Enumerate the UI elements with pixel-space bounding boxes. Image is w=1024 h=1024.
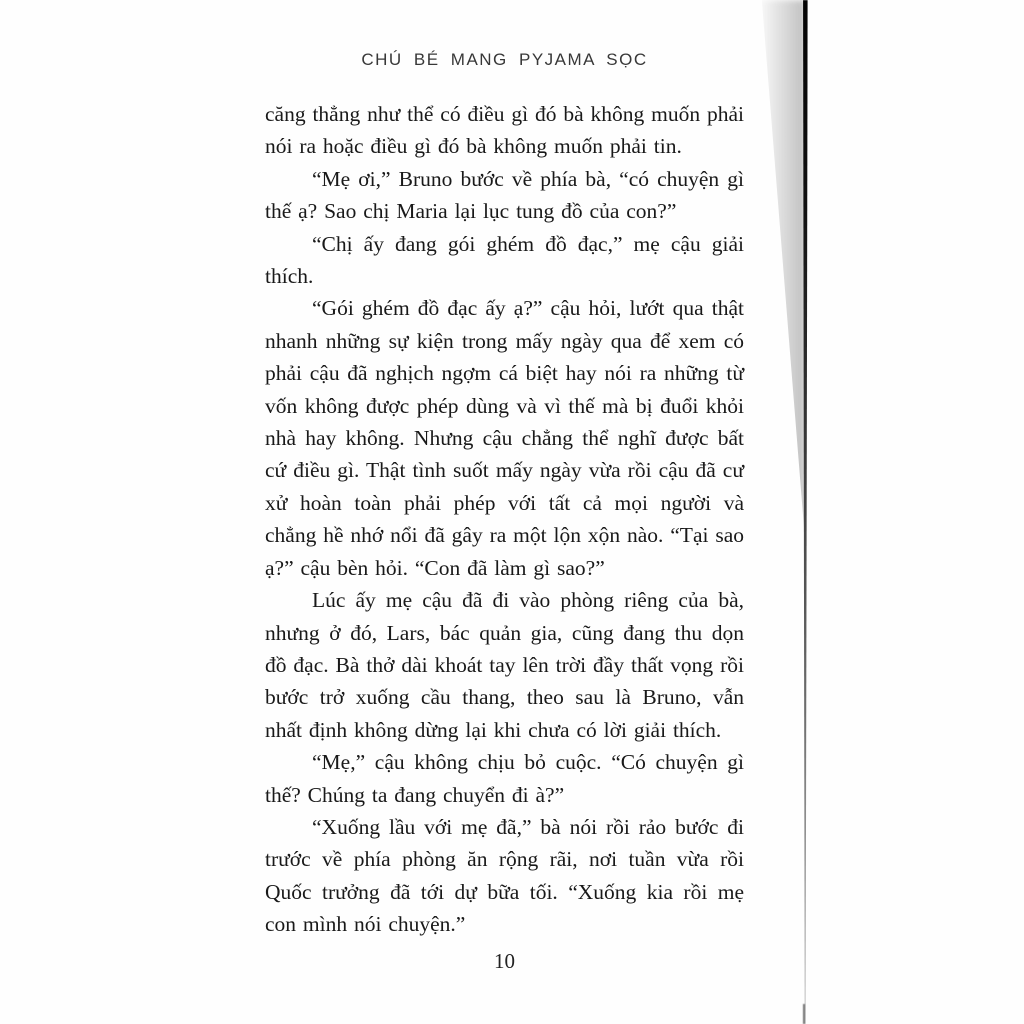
page-body: căng thẳng như thể có điều gì đó bà khôn… [265, 98, 744, 941]
running-header: CHÚ BÉ MANG PYJAMA SỌC [265, 50, 744, 70]
paragraph: Lúc ấy mẹ cậu đã đi vào phòng riêng của … [265, 584, 744, 746]
paragraph: “Xuống lầu với mẹ đã,” bà nói rồi rảo bư… [265, 811, 744, 941]
paragraph: “Mẹ,” cậu không chịu bỏ cuộc. “Có chuyện… [265, 746, 744, 811]
paragraph: “Chị ấy đang gói ghém đồ đạc,” mẹ cậu gi… [265, 228, 744, 293]
page-spine-bottom-mark [803, 1004, 805, 1024]
paragraph: căng thẳng như thể có điều gì đó bà khôn… [265, 98, 744, 163]
paragraph: “Mẹ ơi,” Bruno bước về phía bà, “có chuy… [265, 163, 744, 228]
paragraph: “Gói ghém đồ đạc ấy ạ?” cậu hỏi, lướt qu… [265, 292, 744, 584]
page-spine-shadow-wedge [757, 0, 805, 540]
book-page: CHÚ BÉ MANG PYJAMA SỌC căng thẳng như th… [0, 0, 1024, 1024]
page-number: 10 [265, 949, 744, 974]
